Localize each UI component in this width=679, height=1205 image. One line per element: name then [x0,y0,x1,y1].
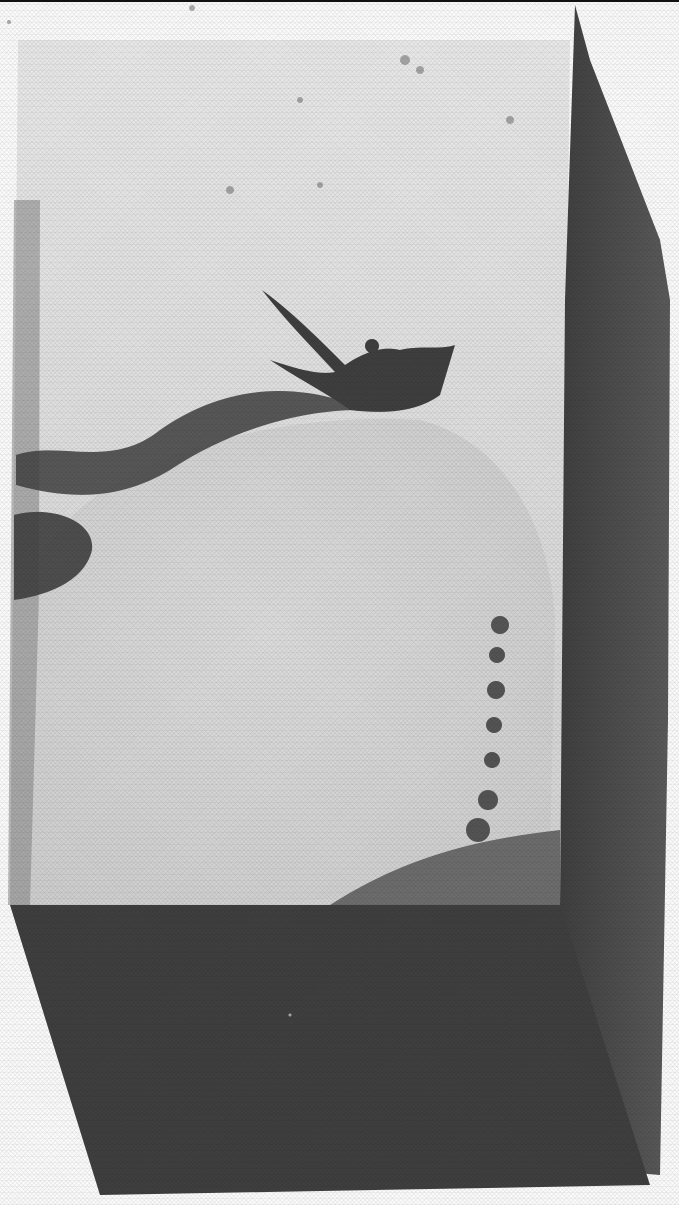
photo-scene [0,0,679,1205]
floor-shadow [10,905,650,1195]
photo-illustration [0,0,679,1205]
stem-dot [365,339,379,353]
